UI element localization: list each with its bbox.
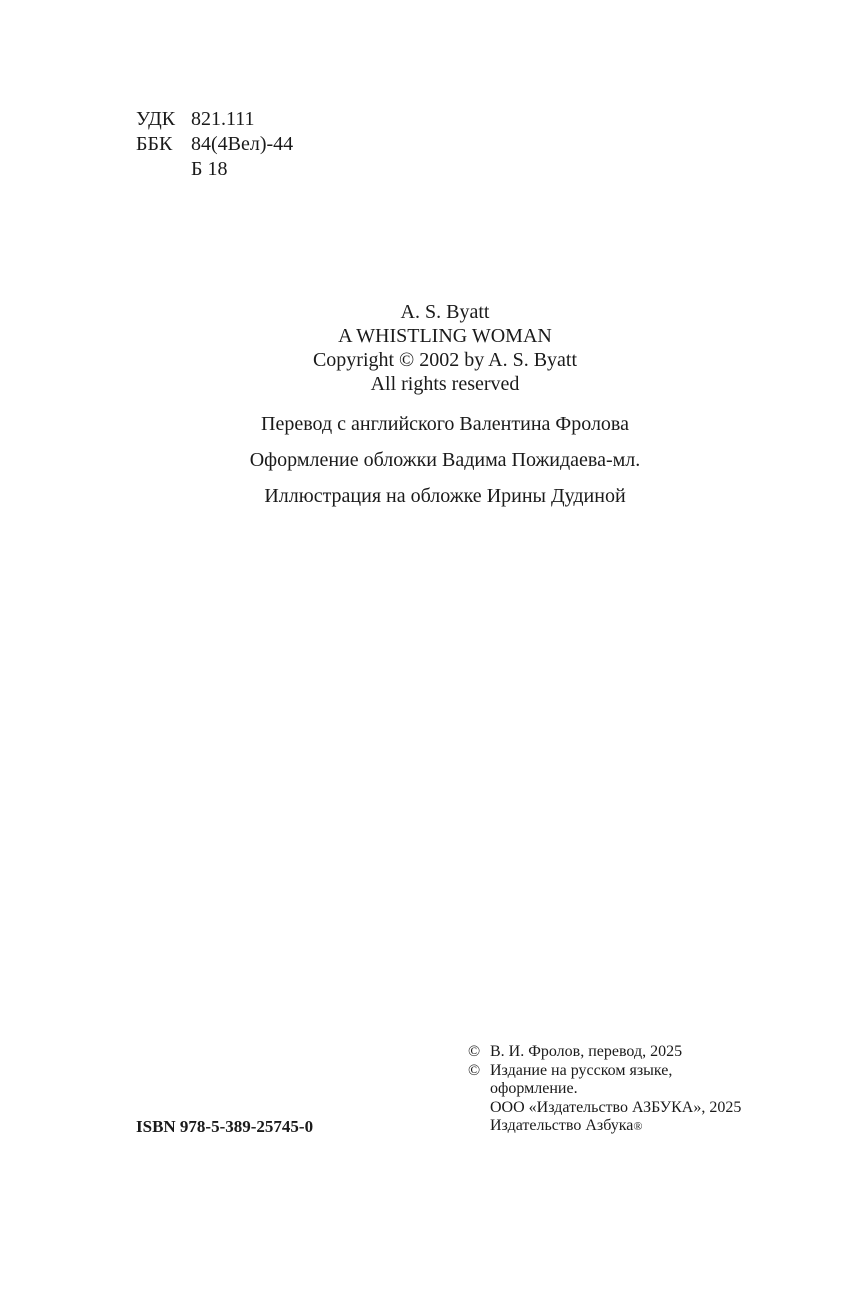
classification-block: УДК 821.111 ББК 84(4Вел)-44 Б 18 bbox=[136, 107, 293, 182]
rights-notice: © В. И. Фролов, перевод, 2025 © Издание … bbox=[468, 1043, 741, 1136]
rights-line-edition: © Издание на русском языке, bbox=[468, 1062, 741, 1081]
udk-row: УДК 821.111 bbox=[136, 107, 293, 132]
rights-line-trademark: Издательство Азбука® bbox=[468, 1117, 741, 1136]
bbk-label: ББК bbox=[136, 132, 191, 157]
cover-illustration-credit: Иллюстрация на обложке Ирины Дудиной bbox=[0, 478, 856, 514]
copyright-icon: © bbox=[468, 1043, 490, 1062]
registered-icon: ® bbox=[633, 1117, 642, 1136]
rights-line-publisher: ООО «Издательство АЗБУКА», 2025 bbox=[468, 1099, 741, 1118]
isbn: ISBN 978-5-389-25745-0 bbox=[136, 1117, 313, 1137]
copyright-icon: © bbox=[468, 1062, 490, 1081]
author-mark-row: Б 18 bbox=[136, 157, 293, 182]
cover-design-credit: Оформление обложки Вадима Пожидаева-мл. bbox=[0, 442, 856, 478]
bbk-value: 84(4Вел)-44 bbox=[191, 132, 293, 157]
rights-line-design: оформление. bbox=[468, 1080, 741, 1099]
udk-value: 821.111 bbox=[191, 107, 255, 132]
original-copyright: Copyright © 2002 by A. S. Byatt bbox=[0, 348, 856, 372]
original-title: A WHISTLING WOMAN bbox=[0, 324, 856, 348]
original-copyright-block: A. S. Byatt A WHISTLING WOMAN Copyright … bbox=[0, 300, 856, 396]
credits-block: Перевод с английского Валентина Фролова … bbox=[0, 406, 856, 514]
translation-credit: Перевод с английского Валентина Фролова bbox=[0, 406, 856, 442]
udk-label: УДК bbox=[136, 107, 191, 132]
author-mark: Б 18 bbox=[191, 157, 227, 182]
rights-line-translation: © В. И. Фролов, перевод, 2025 bbox=[468, 1043, 741, 1062]
original-rights: All rights reserved bbox=[0, 372, 856, 396]
bbk-row: ББК 84(4Вел)-44 bbox=[136, 132, 293, 157]
original-author: A. S. Byatt bbox=[0, 300, 856, 324]
